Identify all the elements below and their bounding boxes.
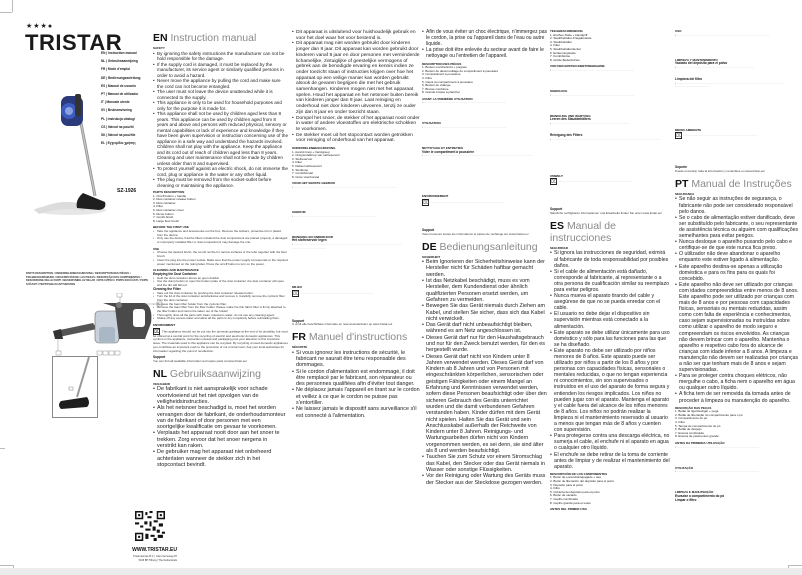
de-environment-text: ⌧·······································… <box>550 178 670 208</box>
safety-item: El usuario no debe dejar el dispositivo … <box>550 311 670 329</box>
part-item: 8. Large floor brush <box>153 220 288 224</box>
pt-safety-list: Se não seguir as instruções de segurança… <box>675 196 799 403</box>
pt-heading: PT Manual de Instruções <box>675 178 799 190</box>
parts-diagram-title: PARTS DESCRIPTION / ONDERDELENBESCHRIJVI… <box>26 272 151 286</box>
support-text: U vindt alle beschikbare informatie en r… <box>292 323 420 327</box>
part-item: 8. Große Bodenbürste <box>550 59 670 63</box>
safety-item: If the supply cord is damaged, it must b… <box>153 62 288 79</box>
nl-clean-text: • ······································… <box>292 243 420 283</box>
safety-item: Nunca mueva el aparato tirando del cable… <box>550 293 670 311</box>
de-first-use-text: • ······································… <box>550 69 670 87</box>
crop-mark <box>0 565 14 566</box>
lang-code: FR <box>292 331 306 343</box>
safety-item: Si el cable de alimentación está dañado,… <box>550 269 670 293</box>
safety-item: El enchufe se debe retirar de la toma de… <box>550 452 670 470</box>
safety-item: Ne déplacez jamais l'appareil en tirant … <box>292 387 420 406</box>
weee-bin-icon: ⌧ <box>675 132 682 139</box>
safety-item: Se não seguir as instruções de segurança… <box>675 196 799 214</box>
language-item: FR | Mode d'emploi <box>101 67 151 75</box>
de-parts-list: 1. Ein/Aus-Taste + Handgriff 2. Staubbeh… <box>550 34 670 63</box>
de-heading: DE Bedienungsanleitung <box>422 241 547 253</box>
en-safety-list: By ignoring the safety instructions the … <box>153 51 288 189</box>
nl-use-text: • ······································… <box>292 215 420 233</box>
es-parts-list: 1. Botón de encendido/apagado + asa 2. B… <box>550 476 670 505</box>
safety-item: This appliance is only to be used for ho… <box>153 100 288 111</box>
crop-mark <box>0 448 5 449</box>
part-item: 8. Grande brosse à plancher <box>422 91 547 95</box>
crop-mark <box>12 0 13 12</box>
pt-first-use-text: • ······································… <box>675 446 799 464</box>
website-link[interactable]: WWW.TRISTAR.EU <box>125 547 177 553</box>
safety-item: Si vous ignorez les instructions de sécu… <box>292 350 420 369</box>
pt-parts-list: 1. Botão de ligar/desligar + pega 2. Bot… <box>675 410 799 439</box>
language-item: ES | Manual de usuario <box>101 84 151 92</box>
part-item: 8. Cepillo grande para el suelo <box>550 502 670 506</box>
safety-item: Bewegen Sie das Gerät niemals durch Zieh… <box>422 303 547 322</box>
handheld-vacuum-diagram <box>53 293 168 358</box>
safety-item: Este aparato no debe ser utilizado por n… <box>550 348 670 433</box>
safety-item: La prise doit être enlevée du secteur av… <box>422 48 547 60</box>
model-number: SZ-1926 <box>117 188 136 194</box>
es-pt-column: USO • ··································… <box>675 30 799 502</box>
first-use-heading: ANTES DEL PRIMER USO <box>550 508 670 512</box>
part-item: 8. Escova de pavimentos grande <box>675 435 799 439</box>
es-use-text: • ······································… <box>675 34 799 56</box>
nl-heading: NL Gebruiksaanwijzing <box>153 368 288 380</box>
safety-item: A ficha tem de ser removida da tomada an… <box>675 391 799 403</box>
safety-item: Para protegerse contra una descarga eléc… <box>550 433 670 451</box>
en-clean-list-1: Hold the dust container above an open du… <box>153 277 288 288</box>
crop-mark <box>0 12 12 13</box>
weee-bin-icon: ⌧ <box>292 290 299 297</box>
lang-title: Manuel d'instructions <box>309 331 407 343</box>
language-item: NL | Gebruiksaanwijzing <box>101 59 151 67</box>
lang-title: Instruction manual <box>171 32 257 44</box>
safety-item: De gebruiker mag het apparaat niet onbeh… <box>153 449 288 468</box>
fr-clean-text: • ······································… <box>422 154 547 192</box>
cover-column: ★★★● TRISTAR EN | Instruction manual NL … <box>25 18 150 563</box>
safety-item: Ne laissez jamais le dispositif sans sur… <box>292 406 420 419</box>
de-clean-text-2: • ······································… <box>550 138 670 172</box>
viewer-bottom-strip <box>0 568 802 575</box>
safety-item: Verplaats het apparaat nooit door aan he… <box>153 430 288 449</box>
safety-item: By ignoring the safety instructions the … <box>153 51 288 62</box>
language-list: EN | Instruction manual NL | Gebruiksaan… <box>101 51 151 149</box>
safety-item: O utilizador não deve abandonar o aparel… <box>675 251 799 263</box>
part-item: 8. Grote vloerborstel <box>292 176 420 180</box>
safety-item: De stekker moet uit het stopcontact word… <box>292 133 420 144</box>
fr-safety-list-part2: Afin de vous éviter un choc électrique, … <box>422 30 547 60</box>
nl-safety-list-part1: De fabrikant is niet aansprakelijk voor … <box>153 386 288 468</box>
language-item: PL | Instrukcja obsługi <box>101 117 151 125</box>
weee-bin-icon: ⌧ <box>550 178 557 185</box>
en-column: EN Instruction manual SAFETY By ignoring… <box>153 30 288 468</box>
safety-item: Si ignora las instrucciones de seguridad… <box>550 250 670 268</box>
stick-vacuum-image <box>25 78 110 218</box>
weee-bin-icon: ⌧ <box>422 199 429 206</box>
fr-heading: FR Manuel d'instructions <box>292 331 420 343</box>
de-safety-list: Beim Ignorieren der Sicherheitshinweise … <box>422 259 547 486</box>
lang-title: Gebruiksaanwijzing <box>170 368 261 380</box>
lang-code: PT <box>675 178 688 190</box>
language-item: IT | Manuale utente <box>101 100 151 108</box>
lang-code: DE <box>422 241 437 253</box>
nl-first-use-text: • ······································… <box>292 186 420 208</box>
environment-text: This appliance should not be put into th… <box>153 329 288 353</box>
language-item: CS | Návod na použití <box>101 125 151 133</box>
safety-item: Dompel het snoer, de stekker of het appa… <box>292 116 420 133</box>
nl-fr-column: Dit apparaat is uitsluitend voor huishou… <box>292 30 420 419</box>
language-item: EL | Εγχειρίδιο χρήσης <box>101 141 151 149</box>
safety-item: Nunca desloque o aparelho puxando pelo c… <box>675 239 799 251</box>
lang-code: NL <box>153 368 167 380</box>
fr-first-use-text: • ······································… <box>422 101 547 119</box>
safety-item: Als het netsnoer beschadigd is, moet het… <box>153 405 288 430</box>
clean-item: Use the dump button to open the bottom p… <box>153 280 288 287</box>
language-item: PT | Manual de utilizador <box>101 92 151 100</box>
safety-item: Dieses Gerät darf nur für den Haushaltsg… <box>422 335 547 354</box>
nl-environment-text: ⌧·······································… <box>292 290 420 320</box>
safety-item: Este aparato se debe utilizar únicamente… <box>550 330 670 348</box>
lang-code: EN <box>153 32 168 44</box>
safety-item: Tauchen Sie zum Schutz vor einem Stromsc… <box>422 454 547 473</box>
first-use-item: Only use the device if all the filters i… <box>153 237 288 244</box>
fr-environment-text: ⌧·······································… <box>422 199 547 229</box>
es-environment-text: ⌧·······································… <box>675 132 799 166</box>
lang-title: Manual de Instruções <box>691 178 791 190</box>
language-item: EN | Instruction manual <box>101 51 151 59</box>
en-clean-list-2: Take out the dust container by pushing t… <box>153 292 288 322</box>
safety-item: Para se proteger contra choques elétrico… <box>675 373 799 391</box>
es-safety-list: Si ignora las instrucciones de seguridad… <box>550 250 670 469</box>
safety-item: Este aparelho destina-se apenas a utiliz… <box>675 264 799 282</box>
fr-de-column: Afin de vous éviter un choc électrique, … <box>422 30 547 486</box>
lang-code: ES <box>550 220 564 232</box>
nl-parts-list: 1. Aan/uit knop + handgreep 2. Ontgrende… <box>292 151 420 180</box>
brand-stars: ★★★● <box>26 22 53 30</box>
safety-item: Si le cordon d'alimentation est endommag… <box>292 369 420 388</box>
support-text: Puede encontrar toda la información y re… <box>675 170 799 174</box>
es-heading: ES Manual de instrucciones <box>550 220 670 244</box>
language-item: DE | Bedienungsanleitung <box>101 76 151 84</box>
safety-item: Dieses Gerät darf nicht von Kindern unte… <box>422 354 547 455</box>
pt-use-text: • ······································… <box>675 470 799 488</box>
safety-item: Ist das Netzkabel beschädigt, muss es vo… <box>422 278 547 303</box>
en-parts-list: 1. On/off button + handle 2. Dust contai… <box>153 195 288 224</box>
safety-item: The plug must be removed from the socket… <box>153 177 288 188</box>
floor-brush-inset <box>52 356 98 418</box>
clean-item: Shake off any excess water and allow all… <box>153 317 288 321</box>
safety-item: Afin de vous éviter un choc électrique, … <box>422 30 547 48</box>
fr-safety-list-part1: Si vous ignorez les instructions de sécu… <box>292 350 420 419</box>
safety-item: Dit apparaat is uitsluitend voor huishou… <box>292 30 420 41</box>
manual-page: ★★★● TRISTAR EN | Instruction manual NL … <box>0 0 802 568</box>
parts-diagram-block: PARTS DESCRIPTION / ONDERDELENBESCHRIJVI… <box>25 228 150 448</box>
safety-item: Vor der Reinigung oder Wartung des Gerät… <box>422 473 547 486</box>
lang-title: Bedienungsanleitung <box>440 241 538 253</box>
crop-mark <box>788 565 802 566</box>
safety-item: Este aparelho não deve ser utilizado por… <box>675 282 799 373</box>
en-environment-text: ⌧This appliance should not be put into t… <box>153 328 288 354</box>
safety-item: The user must not leave the device unatt… <box>153 89 288 100</box>
company-address: Tristar Europe B.V. | Jules Verneweg 87 … <box>115 555 177 563</box>
es-clean-text-2: • ······································… <box>675 82 799 126</box>
en-use-list: Choose the desired brush, the combi nozz… <box>153 251 288 266</box>
safety-item: Never move the appliance by pulling the … <box>153 78 288 89</box>
nl-safety-list-part2: Dit apparaat is uitsluitend voor huishou… <box>292 30 420 144</box>
en-heading: EN Instruction manual <box>153 32 288 44</box>
use-item: Insert the plug into the power socket. M… <box>153 259 288 266</box>
language-item: SV | Bruksanvisning <box>101 108 151 116</box>
safety-item: Beim Ignorieren der Sicherheitshinweise … <box>422 259 547 278</box>
cleaning-subheading: Limpar o filtro <box>675 499 799 503</box>
address-line: 5015 BH Tilburg | The Netherlands <box>115 559 177 563</box>
de-es-column: TEILEBESCHREIBUNG 1. Ein/Aus-Taste + Han… <box>550 30 670 512</box>
fr-parts-list: 1. Bouton marche/arrêt + poignée 2. Bout… <box>422 66 547 95</box>
en-first-use-list: Take the appliance and accessories out t… <box>153 230 288 245</box>
qr-code[interactable] <box>135 511 165 541</box>
safety-item: Das Gerät darf nicht unbeaufsichtigt ble… <box>422 322 547 335</box>
safety-item: Dit apparaat mag niet worden gebruikt do… <box>292 41 420 115</box>
safety-item: De fabrikant is niet aansprakelijk voor … <box>153 386 288 405</box>
support-text: Sämtliche verfügbaren Informationen und … <box>550 212 670 216</box>
de-use-text: • ······································… <box>550 94 670 112</box>
safety-item: This appliance shall not be used by chil… <box>153 111 288 166</box>
language-item: SK | Návod na použitie <box>101 133 151 141</box>
safety-item: To protect yourself against an electric … <box>153 166 288 177</box>
support-text: Vous trouverez toutes les informations e… <box>422 233 547 237</box>
safety-item: Se o cabo de alimentação estiver danific… <box>675 215 799 239</box>
fr-use-text: • ······································… <box>422 126 547 144</box>
support-text: You can find all available information a… <box>153 360 288 364</box>
